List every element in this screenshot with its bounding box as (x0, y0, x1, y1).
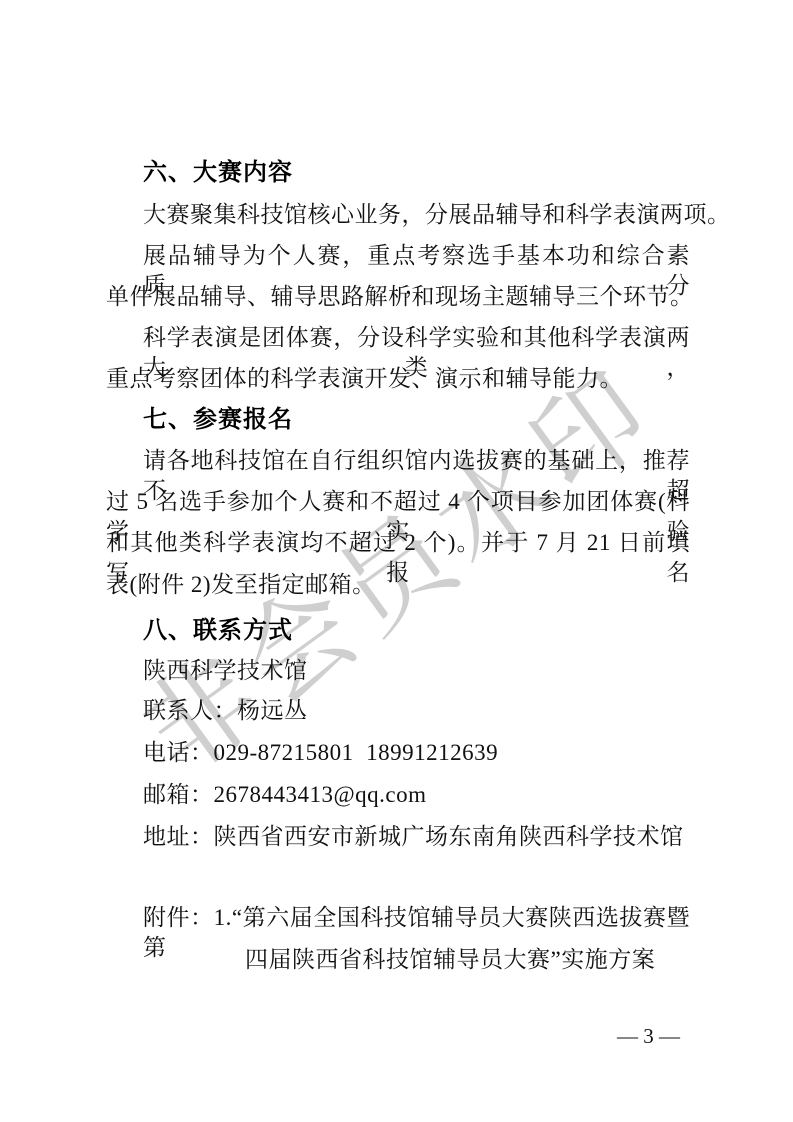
contact-person-line: 联系人：杨远丛 (143, 696, 308, 726)
attachment-line-2: 四届陕西省科技馆辅导员大赛”实施方案 (245, 945, 655, 975)
paragraph-line: 表(附件 2)发至指定邮箱。 (106, 570, 376, 600)
section-heading-8-contact: 八、联系方式 (143, 616, 293, 646)
paragraph-line: 重点考察团体的科学表演开发、演示和辅导能力。 (106, 364, 623, 394)
section-heading-6-contest-content: 六、大赛内容 (143, 158, 293, 188)
section-heading-7-registration: 七、参赛报名 (143, 405, 293, 435)
contact-organization-line: 陕西科学技术馆 (143, 656, 308, 686)
paragraph-line: 大赛聚集科技馆核心业务，分展品辅导和科学表演两项。 (143, 200, 731, 230)
contact-phone-line: 电话：029-87215801 18991212639 (143, 738, 498, 768)
contact-address-line: 地址：陕西省西安市新城广场东南角陕西科学技术馆 (143, 822, 684, 852)
document-page: 非会员水印 六、大赛内容 大赛聚集科技馆核心业务，分展品辅导和科学表演两项。 展… (0, 0, 793, 1122)
page-number: — 3 — (617, 1024, 680, 1049)
contact-email-line: 邮箱：2678443413@qq.com (143, 780, 427, 810)
paragraph-line: 单件展品辅导、辅导思路解析和现场主题辅导三个环节。 (106, 282, 694, 312)
